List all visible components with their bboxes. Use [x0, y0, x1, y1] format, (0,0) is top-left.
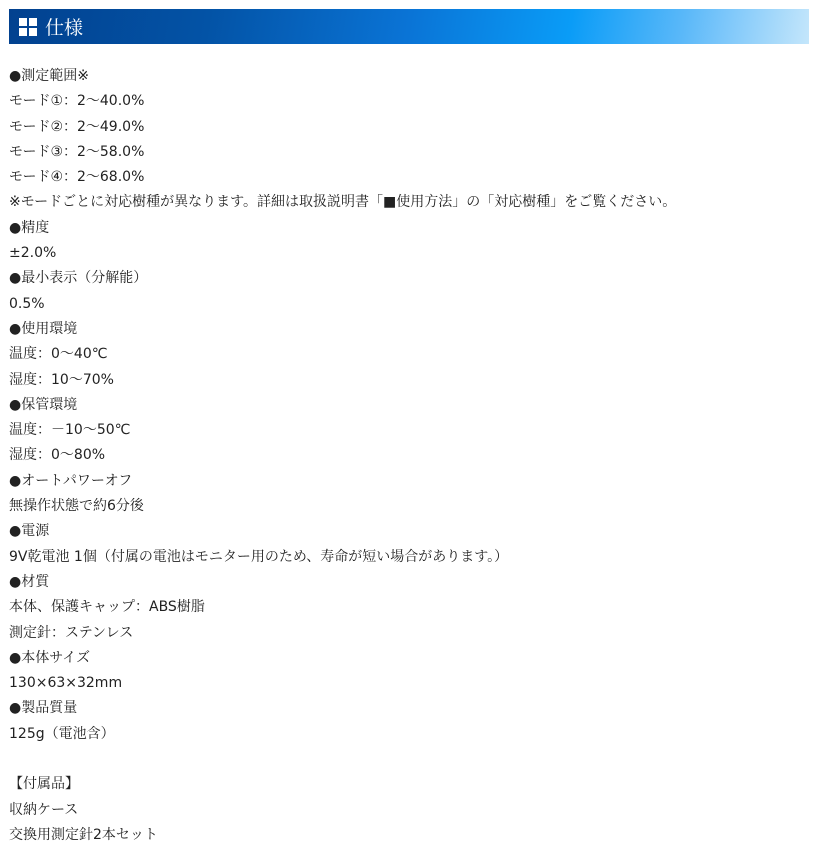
spec-value: モード③：2～58.0% [9, 140, 809, 165]
section-title: 仕様 [45, 13, 83, 40]
spec-measurement-range: ●測定範囲※ モード①：2～40.0% モード②：2～49.0% モード③：2～… [9, 64, 809, 216]
spec-value: モード②：2～49.0% [9, 115, 809, 140]
spec-value: 本体、保護キャップ：ABS樹脂 [9, 595, 809, 620]
spec-value: 130×63×32mm [9, 671, 809, 696]
accessories-heading: 【付属品】 [9, 772, 809, 797]
spec-accuracy: ●精度 ±2.0% [9, 216, 809, 267]
spec-heading: ●最小表示（分解能） [9, 266, 809, 291]
spec-value: 0.5% [9, 292, 809, 317]
spec-value: 温度：－10～50℃ [9, 418, 809, 443]
spec-note: ※モードごとに対応樹種が異なります。詳細は取扱説明書「■使用方法」の「対応樹種」… [9, 190, 809, 215]
spec-heading: ●測定範囲※ [9, 64, 809, 89]
spec-value: 無操作状態で約6分後 [9, 494, 809, 519]
spec-value: 測定針：ステンレス [9, 621, 809, 646]
spec-heading: ●本体サイズ [9, 646, 809, 671]
spec-auto-power-off: ●オートパワーオフ 無操作状態で約6分後 [9, 469, 809, 520]
spec-heading: ●保管環境 [9, 393, 809, 418]
spacer [9, 747, 809, 772]
grid-icon [19, 18, 37, 36]
accessory-item: 交換用測定針2本セット [9, 823, 809, 848]
spec-power: ●電源 9V乾電池 1個（付属の電池はモニター用のため、寿命が短い場合があります… [9, 519, 809, 570]
spec-heading: ●製品質量 [9, 696, 809, 721]
spec-value: 9V乾電池 1個（付属の電池はモニター用のため、寿命が短い場合があります。） [9, 545, 809, 570]
spec-heading: ●材質 [9, 570, 809, 595]
spec-resolution: ●最小表示（分解能） 0.5% [9, 266, 809, 317]
accessory-item: 収納ケース [9, 798, 809, 823]
spec-operating-env: ●使用環境 温度：0～40℃ 湿度：10～70% [9, 317, 809, 393]
spec-material: ●材質 本体、保護キャップ：ABS樹脂 測定針：ステンレス [9, 570, 809, 646]
spec-size: ●本体サイズ 130×63×32mm [9, 646, 809, 697]
spec-value: 湿度：10～70% [9, 368, 809, 393]
spec-weight: ●製品質量 125g（電池含） [9, 696, 809, 747]
spec-value: モード①：2～40.0% [9, 89, 809, 114]
spec-value: ±2.0% [9, 241, 809, 266]
accessories: 【付属品】 収納ケース 交換用測定針2本セット [9, 772, 809, 848]
spec-heading: ●使用環境 [9, 317, 809, 342]
spec-value: 温度：0～40℃ [9, 342, 809, 367]
spec-value: 125g（電池含） [9, 722, 809, 747]
section-header-bar: 仕様 [9, 9, 809, 44]
spec-heading: ●精度 [9, 216, 809, 241]
spec-storage-env: ●保管環境 温度：－10～50℃ 湿度：0～80% [9, 393, 809, 469]
spec-value: モード④：2～68.0% [9, 165, 809, 190]
spec-heading: ●電源 [9, 519, 809, 544]
spec-heading: ●オートパワーオフ [9, 469, 809, 494]
spec-value: 湿度：0～80% [9, 443, 809, 468]
spec-content: ●測定範囲※ モード①：2～40.0% モード②：2～49.0% モード③：2～… [9, 64, 809, 848]
